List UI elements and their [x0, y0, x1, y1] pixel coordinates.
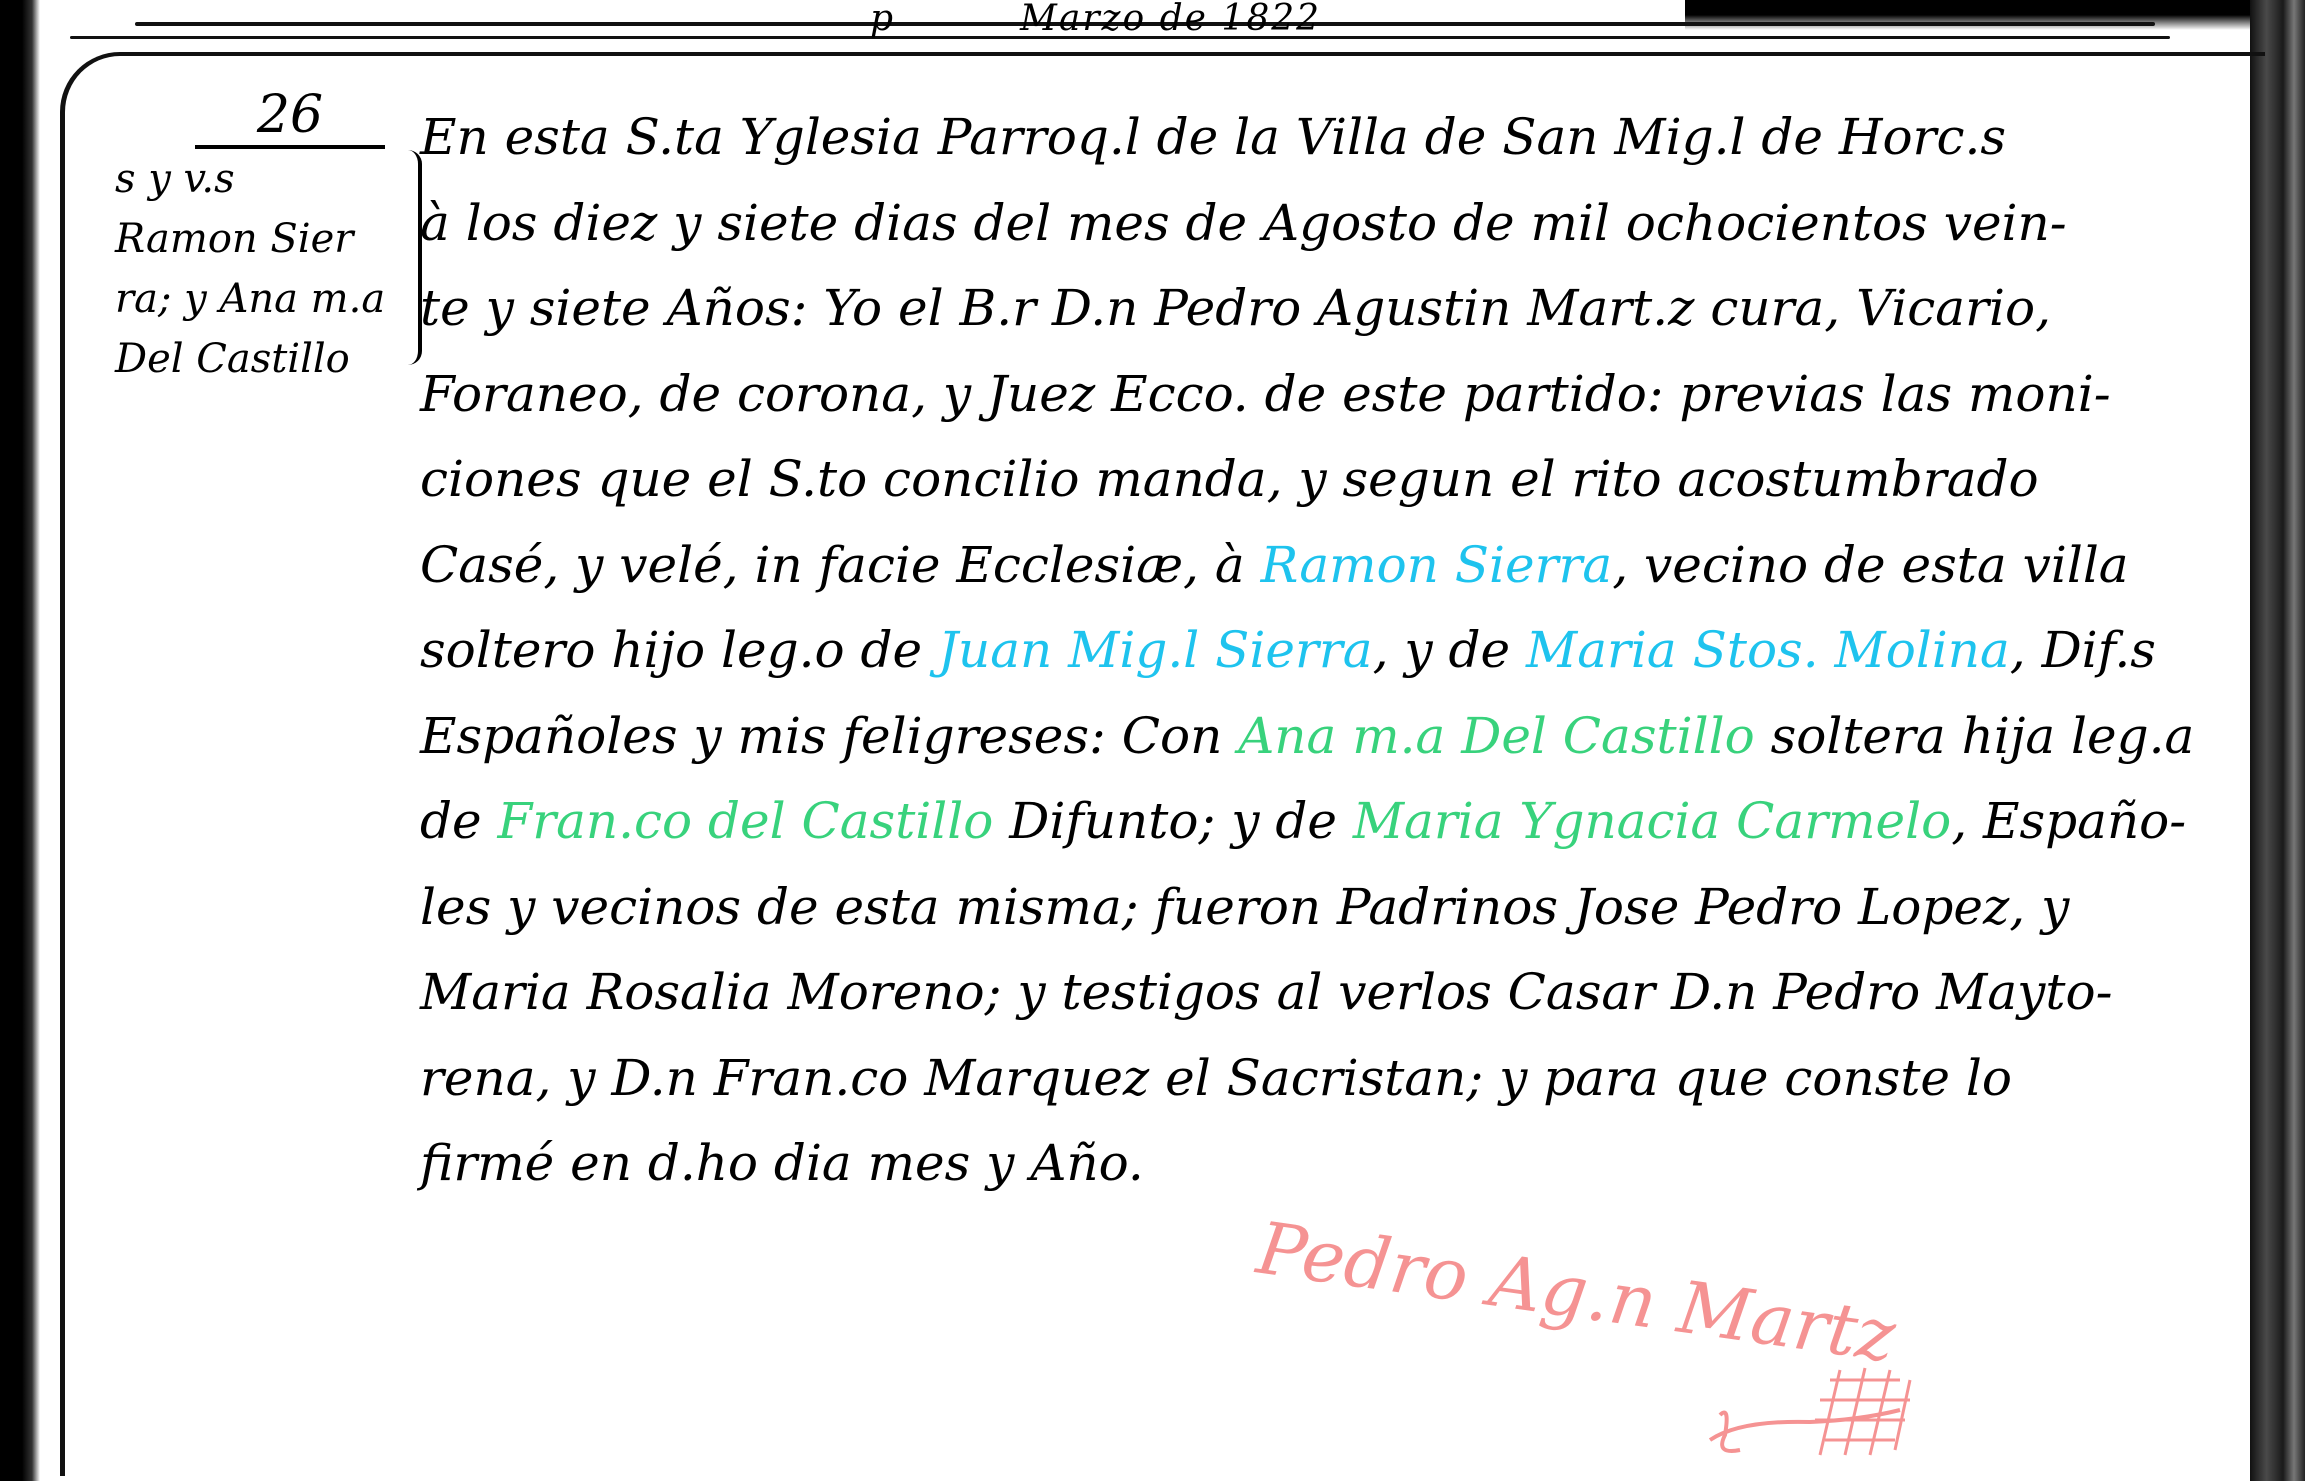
entry-line: à los diez y siete dias del mes de Agost…	[420, 181, 2250, 267]
entry-text: ciones que el S.to concilio manda, y seg…	[420, 450, 2039, 508]
entry-text: de	[420, 792, 498, 850]
highlighted-name: Maria Ygnacia Carmelo	[1353, 792, 1951, 850]
running-title: Marzo de 1822	[1020, 0, 1321, 39]
entry-number: 26	[195, 85, 385, 149]
entry-text: firmé en d.ho dia mes y Año.	[420, 1134, 1144, 1192]
scanned-page: p Marzo de 1822 26 s y v.s Ramon Sier ra…	[0, 0, 2305, 1481]
highlighted-name: Ramon Sierra	[1261, 536, 1613, 594]
margin-brace	[398, 150, 422, 365]
entry-line: rena, y D.n Fran.co Marquez el Sacristan…	[420, 1036, 2250, 1122]
entry-text: , Españo-	[1951, 792, 2186, 850]
entry-text: Difunto; y de	[993, 792, 1352, 850]
margin-status: s y v.s	[115, 149, 415, 209]
entry-text: Foraneo, de corona, y Juez Ecco. de este…	[420, 365, 2111, 423]
running-header: p Marzo de 1822	[1020, 0, 1321, 39]
scan-left-edge	[0, 0, 40, 1481]
entry-line: les y vecinos de esta misma; fueron Padr…	[420, 865, 2250, 951]
entry-line: te y siete Años: Yo el B.r D.n Pedro Agu…	[420, 266, 2250, 352]
entry-body: En esta S.ta Yglesia Parroq.l de la Vill…	[420, 95, 2250, 1207]
entry-text: soltero hijo leg.o de	[420, 621, 938, 679]
entry-line: de Fran.co del Castillo Difunto; y de Ma…	[420, 779, 2250, 865]
entry-text: à los diez y siete dias del mes de Agost…	[420, 194, 2067, 252]
rubric-flourish-icon	[1700, 1360, 1930, 1460]
entry-line: firmé en d.ho dia mes y Año.	[420, 1121, 2250, 1207]
entry-text: soltera hija leg.a	[1755, 707, 2195, 765]
entry-line: Maria Rosalia Moreno; y testigos al verl…	[420, 950, 2250, 1036]
entry-text: rena, y D.n Fran.co Marquez el Sacristan…	[420, 1049, 2012, 1107]
highlighted-name: Juan Mig.l Sierra	[938, 621, 1373, 679]
entry-line: Españoles y mis feligreses: Con Ana m.a …	[420, 694, 2250, 780]
page-marker: p	[870, 0, 895, 39]
entry-text: , Dif.s	[2010, 621, 2156, 679]
entry-text: Españoles y mis feligreses: Con	[420, 707, 1238, 765]
margin-note: 26 s y v.s Ramon Sier ra; y Ana m.a Del …	[115, 85, 415, 389]
entry-line: soltero hijo leg.o de Juan Mig.l Sierra,…	[420, 608, 2250, 694]
entry-line: Casé, y velé, in facie Ecclesiæ, à Ramon…	[420, 523, 2250, 609]
margin-line-1: Ramon Sier	[115, 209, 415, 269]
entry-line: Foraneo, de corona, y Juez Ecco. de este…	[420, 352, 2250, 438]
entry-text: Maria Rosalia Moreno; y testigos al verl…	[420, 963, 2113, 1021]
margin-line-3: Del Castillo	[115, 329, 415, 389]
entry-text: te y siete Años: Yo el B.r D.n Pedro Agu…	[420, 279, 2051, 337]
highlighted-name: Fran.co del Castillo	[498, 792, 994, 850]
entry-line: ciones que el S.to concilio manda, y seg…	[420, 437, 2250, 523]
highlighted-name: Maria Stos. Molina	[1526, 621, 2010, 679]
entry-text: Casé, y velé, in facie Ecclesiæ, à	[420, 536, 1261, 594]
entry-text: , vecino de esta villa	[1612, 536, 2128, 594]
entry-line: En esta S.ta Yglesia Parroq.l de la Vill…	[420, 95, 2250, 181]
entry-text: , y de	[1373, 621, 1526, 679]
entry-text: les y vecinos de esta misma; fueron Padr…	[420, 878, 2069, 936]
entry-text: En esta S.ta Yglesia Parroq.l de la Vill…	[420, 108, 2006, 166]
margin-line-2: ra; y Ana m.a	[115, 269, 415, 329]
highlighted-name: Ana m.a Del Castillo	[1238, 707, 1754, 765]
